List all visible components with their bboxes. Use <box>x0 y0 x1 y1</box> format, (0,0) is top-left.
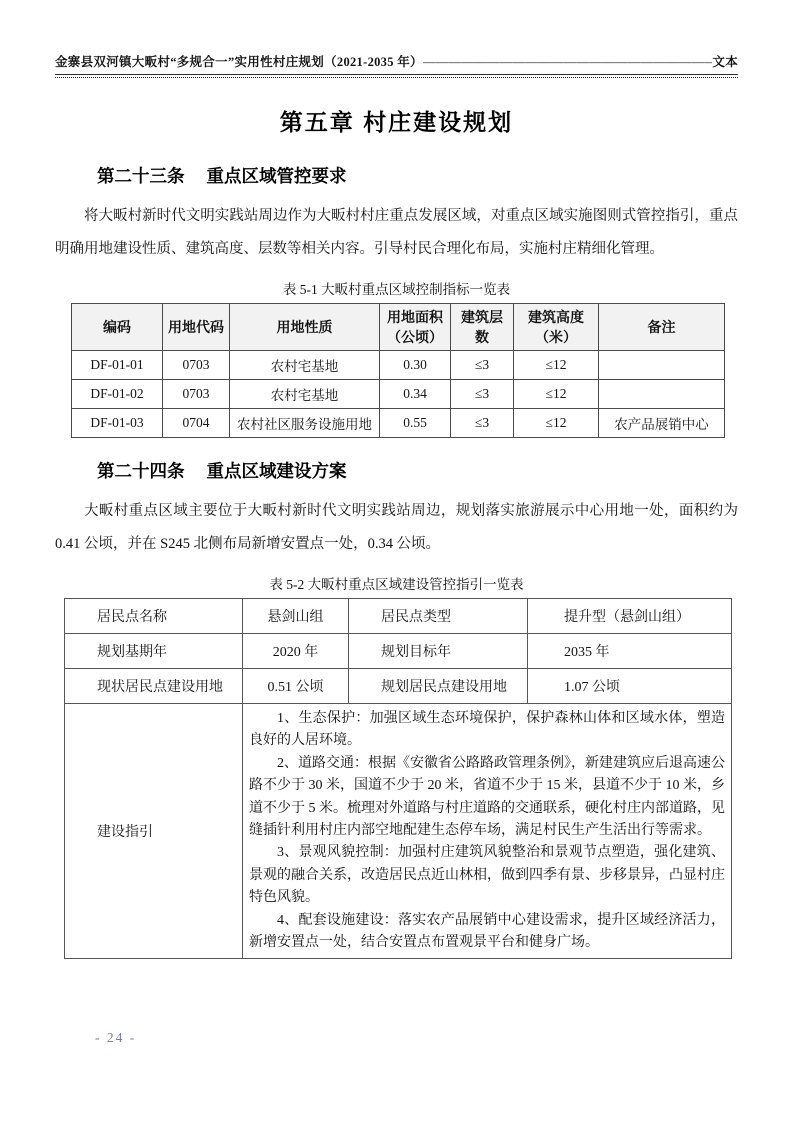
cell-remark <box>599 351 725 380</box>
cell-current-land-label: 现状居民点建设用地 <box>65 669 243 704</box>
page-number: - 24 - <box>95 1030 136 1046</box>
table-row: 居民点名称 悬剑山组 居民点类型 提升型（悬剑山组） <box>65 599 732 634</box>
header-title: 金寨县双河镇大畈村“多规合一”实用性村庄规划（2021-2035 年） <box>55 52 423 70</box>
section-23-title: 重点区域管控要求 <box>207 163 347 188</box>
table-5-2-caption: 表 5-2 大畈村重点区域建设管控指引一览表 <box>55 573 738 593</box>
section-23-number: 第二十三条 <box>97 163 185 188</box>
header-dash-fill: ———————————————————————————— <box>423 55 713 70</box>
section-24-heading: 第二十四条 重点区域建设方案 <box>55 458 738 483</box>
table-5-1-header-row: 编码 用地代码 用地性质 用地面积 （公顷） 建筑层数 建筑高度 （米） 备注 <box>72 304 725 351</box>
cell-planned-land-value: 1.07 公顷 <box>528 669 732 704</box>
section-23-heading: 第二十三条 重点区域管控要求 <box>55 163 738 188</box>
cell-code: DF-01-01 <box>72 351 163 380</box>
section-24-title: 重点区域建设方案 <box>207 458 347 483</box>
cell-height: ≤12 <box>514 409 599 438</box>
cell-settlement-type-value: 提升型（悬剑山组） <box>528 599 732 634</box>
header-dotted-rule <box>55 77 738 78</box>
cell-height: ≤12 <box>514 351 599 380</box>
cell-land-use: 农村宅基地 <box>230 380 380 409</box>
cell-settlement-name-label: 居民点名称 <box>65 599 243 634</box>
section-23-paragraph: 将大畈村新时代文明实践站周边作为大畈村村庄重点发展区域，对重点区域实施图则式管控… <box>55 200 738 266</box>
guide-item-facilities: 4、配套设施建设：落实农产品展销中心建设需求，提升区域经济活力，新增安置点一处，… <box>249 910 725 955</box>
cell-floors: ≤3 <box>451 351 514 380</box>
cell-land-use: 农村社区服务设施用地 <box>230 409 380 438</box>
cell-remark: 农产品展销中心 <box>599 409 725 438</box>
cell-floors: ≤3 <box>451 380 514 409</box>
document-page: 金寨县双河镇大畈村“多规合一”实用性村庄规划（2021-2035 年） ————… <box>0 0 793 959</box>
section-24-paragraph: 大畈村重点区域主要位于大畈村新时代文明实践站周边，规划落实旅游展示中心用地一处，… <box>55 495 738 561</box>
cell-land-code: 0703 <box>163 380 230 409</box>
cell-target-year-label: 规划目标年 <box>349 634 528 669</box>
page-header: 金寨县双河镇大畈村“多规合一”实用性村庄规划（2021-2035 年） ————… <box>55 52 738 78</box>
cell-base-year-value: 2020 年 <box>243 634 349 669</box>
cell-current-land-value: 0.51 公顷 <box>243 669 349 704</box>
table-5-1: 编码 用地代码 用地性质 用地面积 （公顷） 建筑层数 建筑高度 （米） 备注 … <box>71 303 725 438</box>
col-header-land-code: 用地代码 <box>163 304 230 351</box>
chapter-title: 第五章 村庄建设规划 <box>55 104 738 137</box>
cell-area: 0.34 <box>380 380 451 409</box>
header-doc-type: 文本 <box>712 52 738 70</box>
table-5-2: 居民点名称 悬剑山组 居民点类型 提升型（悬剑山组） 规划基期年 2020 年 … <box>64 598 732 959</box>
cell-floors: ≤3 <box>451 409 514 438</box>
col-header-floors: 建筑层数 <box>451 304 514 351</box>
cell-land-use: 农村宅基地 <box>230 351 380 380</box>
page-header-line: 金寨县双河镇大畈村“多规合一”实用性村庄规划（2021-2035 年） ————… <box>55 52 738 75</box>
guide-item-landscape: 3、景观风貌控制：加强村庄建筑风貌整治和景观节点塑造，强化建筑、景观的融合关系，… <box>249 842 725 909</box>
table-row: 建设指引 1、生态保护：加强区域生态环境保护，保护森林山体和区域水体，塑造良好的… <box>65 704 732 959</box>
cell-area: 0.55 <box>380 409 451 438</box>
cell-code: DF-01-03 <box>72 409 163 438</box>
cell-guide-content: 1、生态保护：加强区域生态环境保护，保护森林山体和区域水体，塑造良好的人居环境。… <box>243 704 732 959</box>
cell-land-code: 0704 <box>163 409 230 438</box>
cell-land-code: 0703 <box>163 351 230 380</box>
cell-area: 0.30 <box>380 351 451 380</box>
table-5-1-caption: 表 5-1 大畈村重点区域控制指标一览表 <box>55 278 738 298</box>
table-row: DF-01-02 0703 农村宅基地 0.34 ≤3 ≤12 <box>72 380 725 409</box>
guide-item-ecology: 1、生态保护：加强区域生态环境保护，保护森林山体和区域水体，塑造良好的人居环境。 <box>249 708 725 753</box>
cell-height: ≤12 <box>514 380 599 409</box>
cell-code: DF-01-02 <box>72 380 163 409</box>
cell-base-year-label: 规划基期年 <box>65 634 243 669</box>
guide-item-traffic: 2、道路交通：根据《安徽省公路路政管理条例》，新建建筑应后退高速公路不少于 30… <box>249 753 725 843</box>
cell-target-year-value: 2035 年 <box>528 634 732 669</box>
col-header-remark: 备注 <box>599 304 725 351</box>
table-row: 规划基期年 2020 年 规划目标年 2035 年 <box>65 634 732 669</box>
cell-guide-label: 建设指引 <box>65 704 243 959</box>
col-header-land-use: 用地性质 <box>230 304 380 351</box>
cell-settlement-type-label: 居民点类型 <box>349 599 528 634</box>
col-header-code: 编码 <box>72 304 163 351</box>
cell-remark <box>599 380 725 409</box>
table-row: DF-01-01 0703 农村宅基地 0.30 ≤3 ≤12 <box>72 351 725 380</box>
col-header-area: 用地面积 （公顷） <box>380 304 451 351</box>
cell-planned-land-label: 规划居民点建设用地 <box>349 669 528 704</box>
section-24-number: 第二十四条 <box>97 458 185 483</box>
table-row: 现状居民点建设用地 0.51 公顷 规划居民点建设用地 1.07 公顷 <box>65 669 732 704</box>
cell-settlement-name-value: 悬剑山组 <box>243 599 349 634</box>
col-header-height: 建筑高度 （米） <box>514 304 599 351</box>
table-row: DF-01-03 0704 农村社区服务设施用地 0.55 ≤3 ≤12 农产品… <box>72 409 725 438</box>
